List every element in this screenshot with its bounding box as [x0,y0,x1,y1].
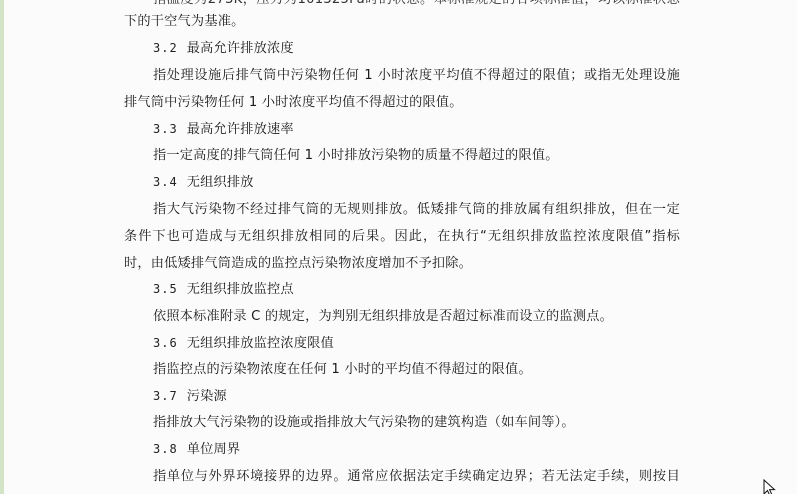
body-text-line: 指一定高度的排气筒任何 1 小时排放污染物的质量不得超过的限值。 [153,147,680,164]
section-heading-3-7: 3.7污染源 [153,388,709,405]
section-heading-3-5: 3.5无组织排放监控点 [153,281,709,298]
section-title: 无组织排放监控点 [187,282,294,297]
section-title: 最高允许排放速率 [187,122,294,137]
body-text-line: 排气筒中污染物任何 1 小时浓度平均值不得超过的限值。 [124,94,680,111]
section-number: 3.4 [153,175,178,189]
section-heading-3-3: 3.3最高允许排放速率 [153,121,709,138]
section-number: 3.3 [153,122,178,136]
body-text-line: 时，由低矮排气筒造成的监控点污染物浓度增加不予扣除。 [124,255,680,272]
mouse-pointer-icon [763,479,777,494]
body-text-line: 指监控点的污染物浓度在任何 1 小时的平均值不得超过的限值。 [153,361,680,378]
section-number: 3.5 [153,282,178,296]
body-text-line: 指大气污染物不经过排气筒的无规则排放。低矮排气筒的排放属有组织排放，但在一定 [153,201,680,218]
section-title: 最高允许排放浓度 [187,41,294,56]
section-number: 3.8 [153,442,178,456]
body-text-line: 指处理设施后排气筒中污染物任何 1 小时浓度平均值不得超过的限值；或指无处理设施 [153,67,680,84]
section-title: 单位周界 [187,442,241,457]
section-number: 3.6 [153,336,178,350]
section-heading-3-6: 3.6无组织排放监控浓度限值 [153,335,709,352]
section-title: 无组织排放监控浓度限值 [187,336,334,351]
body-text-line: 指单位与外界环境接界的边界。通常应依据法定手续确定边界；若无法定手续，则按目 [153,468,680,485]
section-title: 无组织排放 [187,175,254,190]
body-text-line: 下的干空气为基准。 [124,13,680,30]
section-number: 3.7 [153,389,178,403]
section-heading-3-8: 3.8单位周界 [153,441,709,458]
section-heading-3-2: 3.2最高允许排放浓度 [153,40,709,57]
document-page: 指温度为273K，压力为101325Pa时的状态。本标准规定的各项标准值，均以标… [0,0,797,494]
body-text-line: 条件下也可造成与无组织排放相同的后果。因此，在执行“无组织排放监控浓度限值”指标 [124,228,680,245]
body-text-line: 依照本标准附录 C 的规定，为判别无组织排放是否超过标准而设立的监测点。 [153,308,680,325]
body-text-line: 指排放大气污染物的设施或指排放大气污染物的建筑构造（如车间等）。 [153,414,680,431]
section-number: 3.2 [153,41,178,55]
partial-cut-off-line: 指温度为273K，压力为101325Pa时的状态。本标准规定的各项标准值，均以标… [153,0,680,8]
section-heading-3-4: 3.4无组织排放 [153,174,709,191]
section-title: 污染源 [187,389,227,404]
